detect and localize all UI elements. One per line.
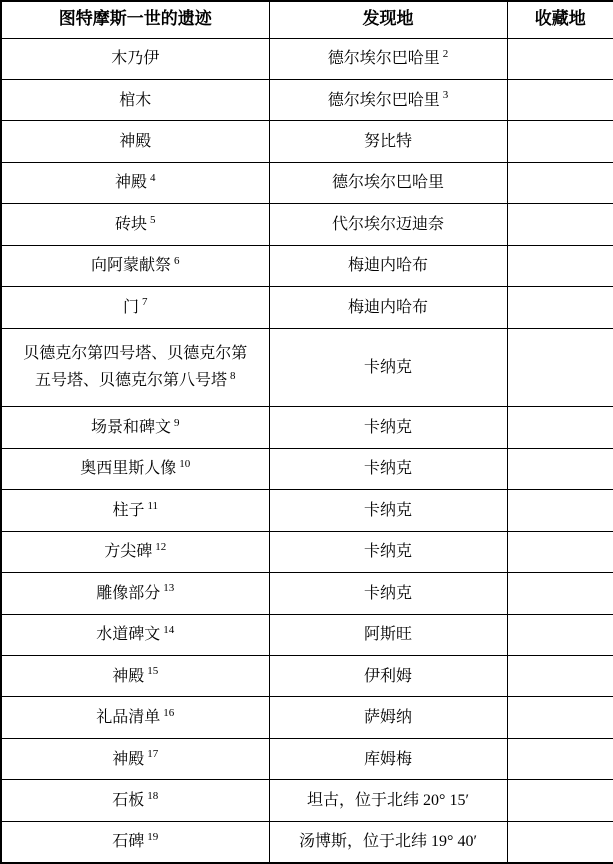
table-row: 雕像部分13 卡纳克 — [1, 573, 613, 614]
location-cell: 梅迪内哈布 — [269, 245, 507, 286]
location-text: 汤博斯，位于北纬 19° 40′ — [299, 833, 477, 850]
table-row: 柱子11 卡纳克 — [1, 490, 613, 531]
location-text: 库姆梅 — [364, 751, 412, 768]
collection-cell — [507, 38, 613, 79]
relic-cell: 柱子11 — [1, 490, 269, 531]
relic-cell: 场景和碑文9 — [1, 407, 269, 448]
table-row: 向阿蒙献祭6 梅迪内哈布 — [1, 245, 613, 286]
relic-cell: 神殿17 — [1, 738, 269, 779]
location-cell: 卡纳克 — [269, 448, 507, 489]
relic-text: 木乃伊 — [111, 50, 159, 67]
collection-cell — [507, 287, 613, 328]
location-cell: 坦古，位于北纬 20° 15′ — [269, 780, 507, 821]
relic-text: 场景和碑文 — [91, 419, 171, 436]
location-cell: 德尔埃尔巴哈里 — [269, 162, 507, 203]
collection-cell — [507, 531, 613, 572]
relic-footnote: 11 — [147, 500, 158, 512]
location-text: 代尔埃尔迈迪奈 — [332, 216, 444, 233]
relic-footnote: 14 — [163, 624, 174, 636]
collection-cell — [507, 656, 613, 697]
relics-table: 图特摩斯一世的遗迹 发现地 收藏地 木乃伊 德尔埃尔巴哈里2 棺木 德尔埃尔巴哈… — [0, 0, 613, 864]
relic-text: 水道碑文 — [96, 626, 160, 643]
header-row: 图特摩斯一世的遗迹 发现地 收藏地 — [1, 1, 613, 38]
table-row: 神殿4 德尔埃尔巴哈里 — [1, 162, 613, 203]
location-text: 德尔埃尔巴哈里 — [328, 92, 440, 109]
location-text: 卡纳克 — [364, 543, 412, 560]
collection-cell — [507, 738, 613, 779]
column-header-relic: 图特摩斯一世的遗迹 — [1, 1, 269, 38]
collection-cell — [507, 780, 613, 821]
relic-footnote: 19 — [147, 831, 158, 843]
table-row: 礼品清单16 萨姆纳 — [1, 697, 613, 738]
relic-text: 神殿 — [112, 751, 144, 768]
relic-cell: 方尖碑12 — [1, 531, 269, 572]
table-row: 砖块5 代尔埃尔迈迪奈 — [1, 204, 613, 245]
table-row: 水道碑文14 阿斯旺 — [1, 614, 613, 655]
location-text: 德尔埃尔巴哈里 — [328, 50, 440, 67]
location-cell: 卡纳克 — [269, 531, 507, 572]
table-row: 贝德克尔第四号塔、贝德克尔第五号塔、贝德克尔第八号塔8 卡纳克 — [1, 328, 613, 407]
location-text: 德尔埃尔巴哈里 — [332, 174, 444, 191]
location-text: 伊利姆 — [364, 668, 412, 685]
location-text: 萨姆纳 — [364, 709, 412, 726]
relic-cell: 奥西里斯人像10 — [1, 448, 269, 489]
relic-footnote: 10 — [179, 458, 190, 470]
relic-cell: 水道碑文14 — [1, 614, 269, 655]
relic-cell: 神殿4 — [1, 162, 269, 203]
location-cell: 梅迪内哈布 — [269, 287, 507, 328]
table-row: 棺木 德尔埃尔巴哈里3 — [1, 79, 613, 120]
collection-cell — [507, 245, 613, 286]
location-cell: 卡纳克 — [269, 328, 507, 407]
relic-cell: 门7 — [1, 287, 269, 328]
relic-footnote: 13 — [163, 582, 174, 594]
relic-text: 神殿 — [119, 133, 151, 150]
table-row: 石碑19 汤博斯，位于北纬 19° 40′ — [1, 821, 613, 863]
relic-text: 石碑 — [112, 833, 144, 850]
table-row: 木乃伊 德尔埃尔巴哈里2 — [1, 38, 613, 79]
location-cell: 代尔埃尔迈迪奈 — [269, 204, 507, 245]
location-text: 努比特 — [364, 133, 412, 150]
collection-cell — [507, 573, 613, 614]
table-body: 木乃伊 德尔埃尔巴哈里2 棺木 德尔埃尔巴哈里3 神殿 努比特 神殿4 德尔埃尔… — [1, 38, 613, 863]
column-header-collection: 收藏地 — [507, 1, 613, 38]
collection-cell — [507, 328, 613, 407]
location-cell: 卡纳克 — [269, 490, 507, 531]
relic-cell: 棺木 — [1, 79, 269, 120]
table-row: 神殿17 库姆梅 — [1, 738, 613, 779]
collection-cell — [507, 121, 613, 162]
relic-text: 柱子 — [112, 502, 144, 519]
relic-text: 神殿 — [112, 668, 144, 685]
relic-text: 门 — [123, 299, 139, 316]
location-text: 梅迪内哈布 — [348, 257, 428, 274]
location-cell: 伊利姆 — [269, 656, 507, 697]
location-cell: 努比特 — [269, 121, 507, 162]
location-cell: 德尔埃尔巴哈里3 — [269, 79, 507, 120]
location-cell: 卡纳克 — [269, 573, 507, 614]
table-row: 神殿15 伊利姆 — [1, 656, 613, 697]
collection-cell — [507, 204, 613, 245]
relic-footnote: 5 — [150, 214, 156, 226]
collection-cell — [507, 448, 613, 489]
relic-footnote: 15 — [147, 665, 158, 677]
collection-cell — [507, 79, 613, 120]
location-text: 梅迪内哈布 — [348, 299, 428, 316]
location-footnote: 3 — [443, 89, 449, 101]
relic-footnote: 9 — [174, 417, 180, 429]
collection-cell — [507, 614, 613, 655]
relic-text: 礼品清单 — [96, 709, 160, 726]
collection-cell — [507, 490, 613, 531]
relic-text: 石板 — [112, 792, 144, 809]
location-cell: 库姆梅 — [269, 738, 507, 779]
table-header: 图特摩斯一世的遗迹 发现地 收藏地 — [1, 1, 613, 38]
relic-footnote: 6 — [174, 255, 180, 267]
table-row: 神殿 努比特 — [1, 121, 613, 162]
relic-footnote: 18 — [147, 790, 158, 802]
relic-cell: 砖块5 — [1, 204, 269, 245]
location-text: 阿斯旺 — [364, 626, 412, 643]
relic-cell: 雕像部分13 — [1, 573, 269, 614]
relic-text: 奥西里斯人像 — [80, 460, 176, 477]
relic-cell: 神殿15 — [1, 656, 269, 697]
relic-cell: 木乃伊 — [1, 38, 269, 79]
relic-footnote: 16 — [163, 707, 174, 719]
relic-text: 神殿 — [115, 174, 147, 191]
relic-text: 贝德克尔第四号塔、贝德克尔第五号塔、贝德克尔第八号塔 — [23, 345, 247, 389]
location-cell: 汤博斯，位于北纬 19° 40′ — [269, 821, 507, 863]
relic-text: 方尖碑 — [104, 543, 152, 560]
location-footnote: 2 — [443, 48, 449, 60]
collection-cell — [507, 697, 613, 738]
column-header-location: 发现地 — [269, 1, 507, 38]
relic-text: 砖块 — [115, 216, 147, 233]
document-page: 图特摩斯一世的遗迹 发现地 收藏地 木乃伊 德尔埃尔巴哈里2 棺木 德尔埃尔巴哈… — [0, 0, 613, 864]
location-cell: 卡纳克 — [269, 407, 507, 448]
collection-cell — [507, 162, 613, 203]
table-row: 奥西里斯人像10 卡纳克 — [1, 448, 613, 489]
table-row: 门7 梅迪内哈布 — [1, 287, 613, 328]
location-text: 卡纳克 — [364, 502, 412, 519]
relic-footnote: 7 — [142, 296, 148, 308]
table-row: 场景和碑文9 卡纳克 — [1, 407, 613, 448]
table-row: 石板18 坦古，位于北纬 20° 15′ — [1, 780, 613, 821]
collection-cell — [507, 821, 613, 863]
location-cell: 阿斯旺 — [269, 614, 507, 655]
relic-cell: 礼品清单16 — [1, 697, 269, 738]
relic-footnote: 12 — [155, 541, 166, 553]
relic-cell: 向阿蒙献祭6 — [1, 245, 269, 286]
location-cell: 德尔埃尔巴哈里2 — [269, 38, 507, 79]
location-text: 卡纳克 — [364, 359, 412, 376]
location-cell: 萨姆纳 — [269, 697, 507, 738]
relic-cell: 贝德克尔第四号塔、贝德克尔第五号塔、贝德克尔第八号塔8 — [1, 328, 269, 407]
relic-cell: 石碑19 — [1, 821, 269, 863]
relic-footnote: 17 — [147, 748, 158, 760]
location-text: 卡纳克 — [364, 419, 412, 436]
relic-cell: 石板18 — [1, 780, 269, 821]
location-text: 卡纳克 — [364, 460, 412, 477]
relic-footnote: 8 — [230, 370, 236, 382]
relic-text: 棺木 — [119, 92, 151, 109]
location-text: 卡纳克 — [364, 585, 412, 602]
relic-text: 雕像部分 — [96, 585, 160, 602]
collection-cell — [507, 407, 613, 448]
relic-footnote: 4 — [150, 172, 156, 184]
table-row: 方尖碑12 卡纳克 — [1, 531, 613, 572]
relic-text: 向阿蒙献祭 — [91, 257, 171, 274]
relic-cell: 神殿 — [1, 121, 269, 162]
location-text: 坦古，位于北纬 20° 15′ — [307, 792, 469, 809]
